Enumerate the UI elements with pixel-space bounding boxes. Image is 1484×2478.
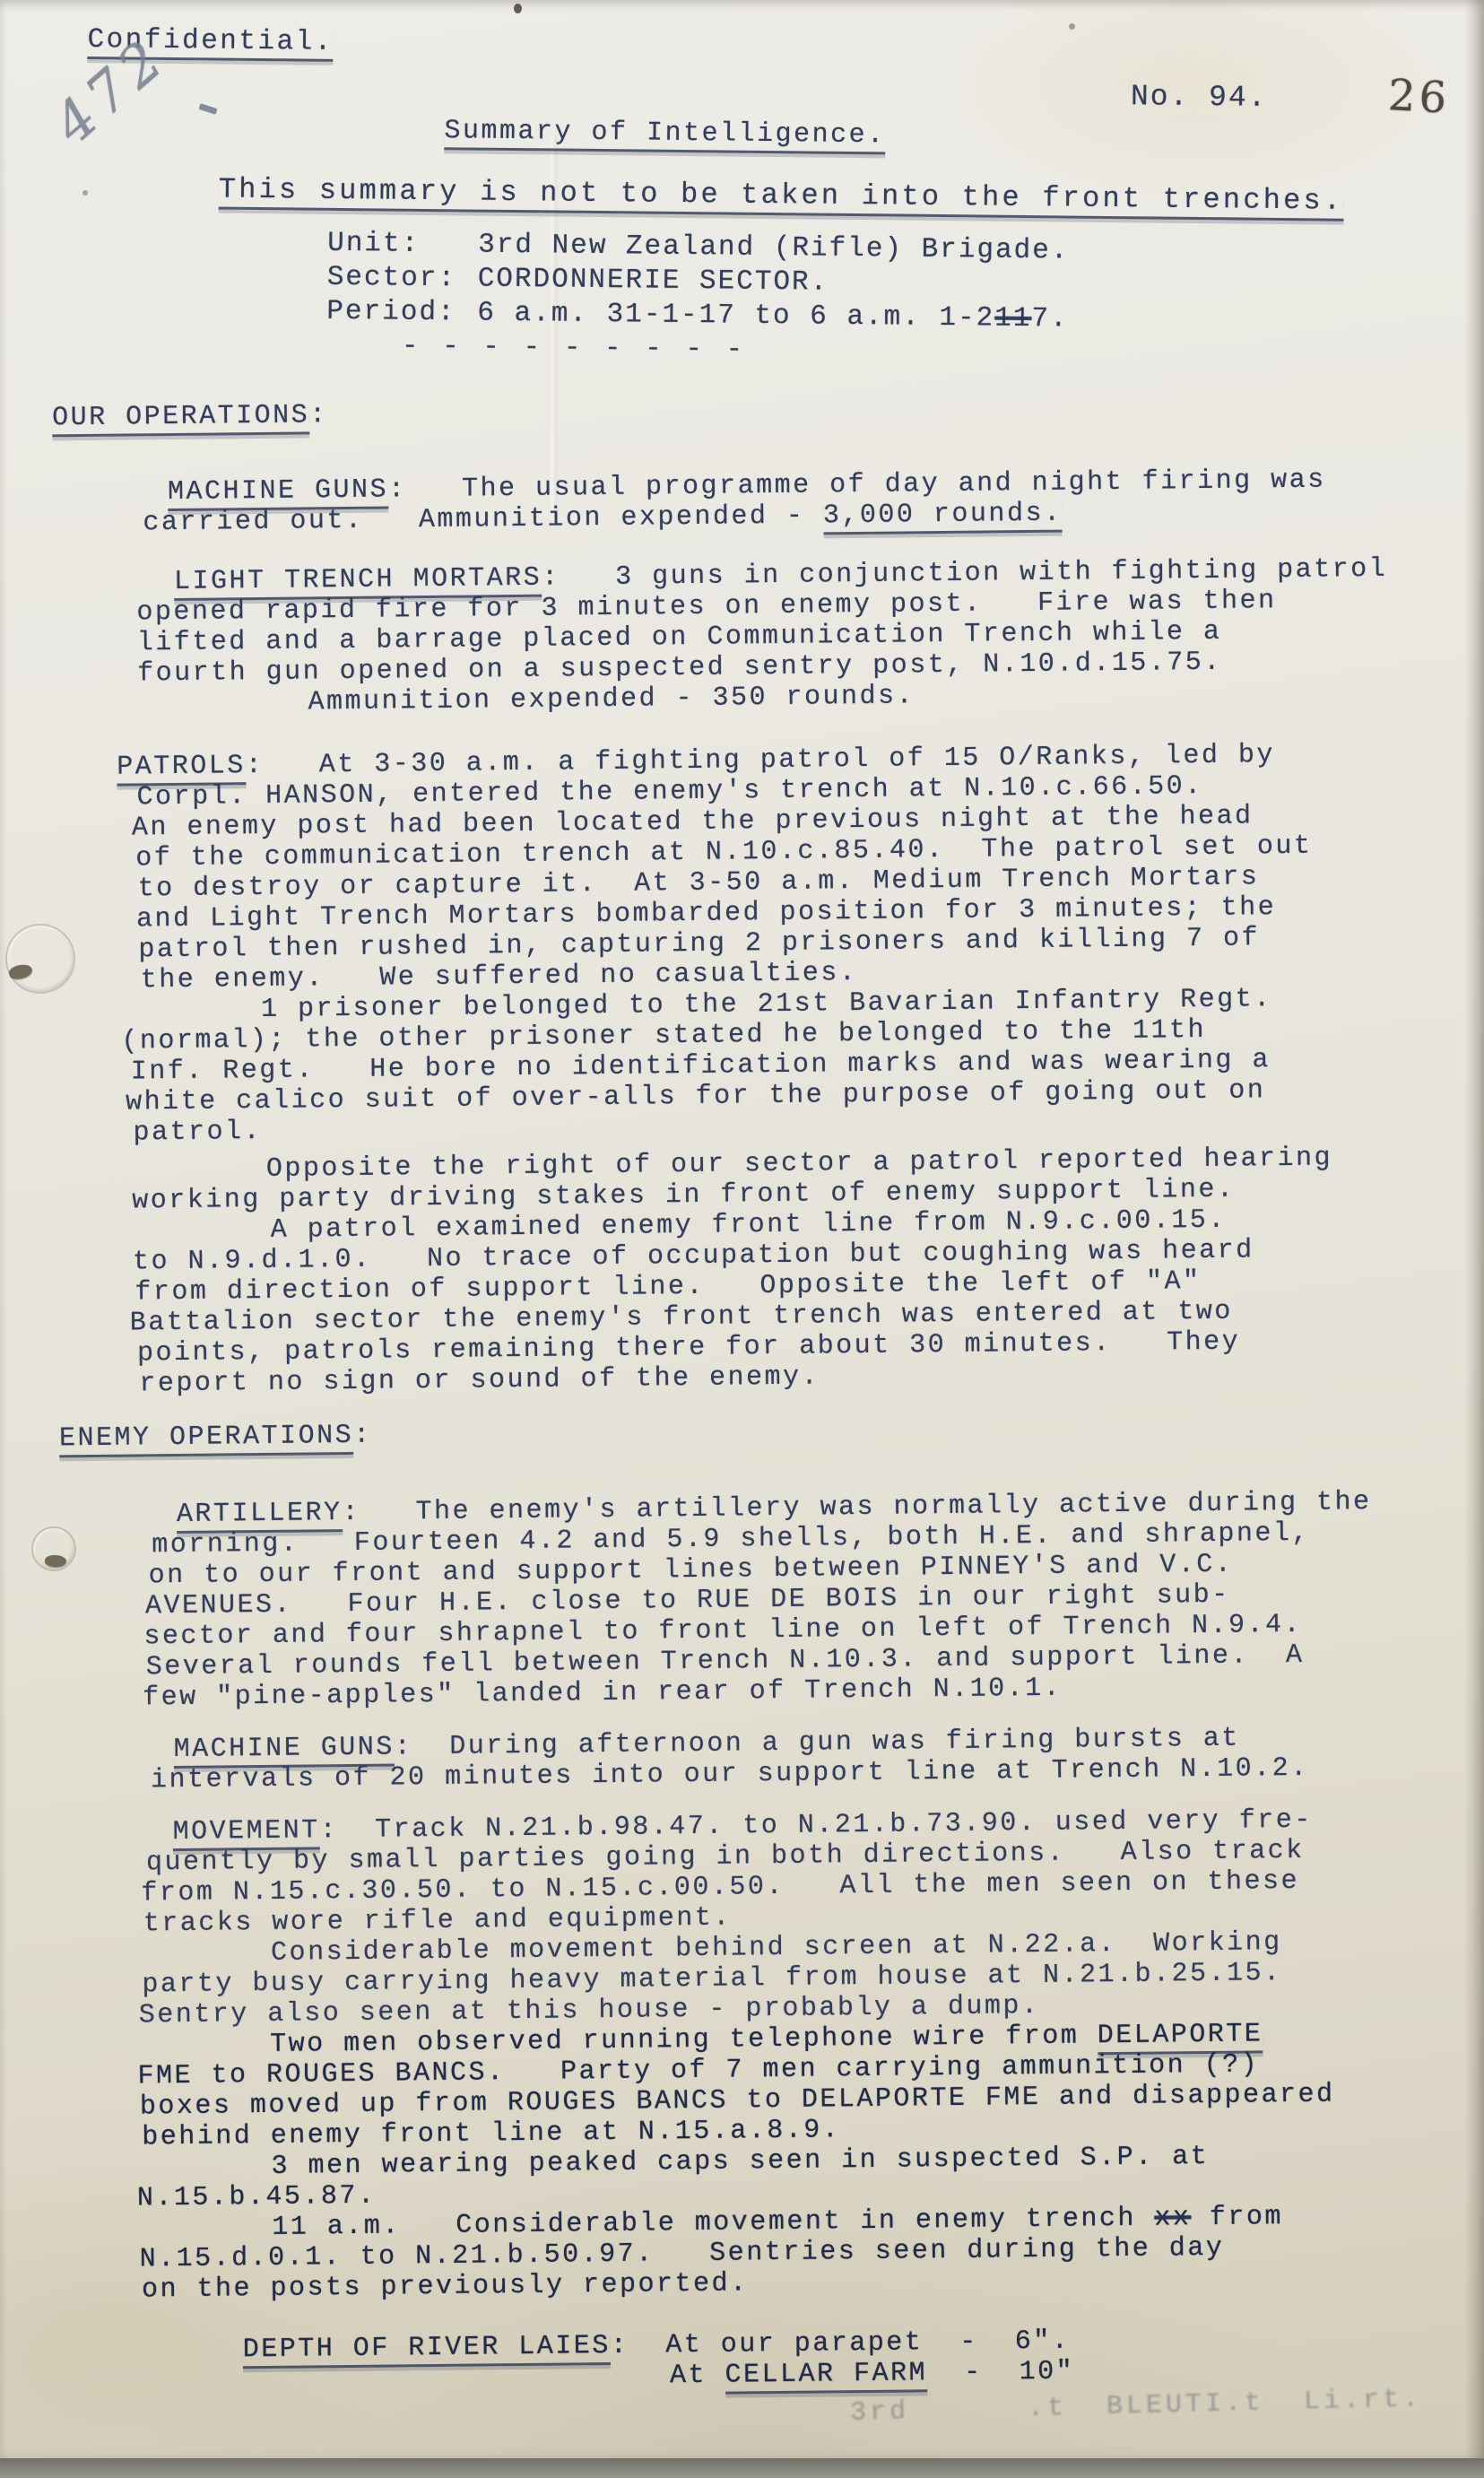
text-segment: 6 a.m. 31-1-17 to 6 a.m. 1-2 [477, 298, 994, 335]
underlined-text: 3,000 rounds. [823, 499, 1063, 535]
underlined-text: ENEMY OPERATIONS [59, 1421, 353, 1457]
text-segment: Ammunition expended - 350 rounds. [308, 681, 915, 717]
text-segment: carried out. Ammunition expended - [143, 500, 823, 538]
meta-rows: Unit:3rd New Zealand (Rifle) Brigade.Sec… [326, 228, 1069, 338]
paper-speck [1069, 23, 1075, 30]
struck-text: 11 [994, 303, 1032, 335]
meta-label: Unit: [327, 228, 478, 264]
text-segment: on the posts previously reported. [142, 2268, 749, 2305]
text-segment: 3rd New Zealand (Rifle) Brigade. [478, 230, 1070, 267]
page-right-edge-shadow [1464, 0, 1484, 2458]
text-segment: report no sign or sound of the enemy. [139, 1361, 820, 1399]
text-segment: 7. [1031, 303, 1069, 335]
text-segment: patrol. [133, 1117, 262, 1149]
text-segment: - 10" [927, 2357, 1074, 2389]
paper-speck [82, 190, 88, 196]
dash-separator: - - - - - - - - - [402, 331, 747, 366]
text-segment: CORDONNERIE SECTOR. [478, 264, 829, 299]
struck-text: xx [1154, 2203, 1191, 2233]
meta-label: Period: [326, 296, 477, 332]
meta-block: Unit:3rd New Zealand (Rifle) Brigade.Sec… [326, 228, 1069, 338]
text-segment: : [353, 1421, 372, 1451]
meta-label: Sector: [327, 262, 478, 298]
document-body: OUR OPERATIONS:MACHINE GUNS: The usual p… [0, 388, 1484, 2398]
underlined-text: OUR OPERATIONS [52, 400, 309, 437]
document-photo: Confidential. No. 94. Summary of Intelli… [0, 0, 1484, 2478]
text-segment: : [309, 400, 328, 430]
page-title: Summary of Intelligence. [444, 116, 885, 151]
text-segment: N.15.b.45.87. [137, 2181, 377, 2214]
text-segment: At [670, 2361, 725, 2392]
underlined-text: DEPTH OF RIVER LAIES [243, 2331, 611, 2369]
section-heading-enemy-operations: ENEMY OPERATIONS: [59, 1409, 1484, 1455]
page-bottom-edge [0, 2458, 1484, 2478]
meta-value: CORDONNERIE SECTOR. [478, 264, 829, 301]
text-segment: from [1191, 2202, 1283, 2233]
paper-speck [514, 4, 522, 13]
underlined-text: CELLAR FARM [725, 2358, 927, 2394]
handwritten-page-number: 26 [1387, 70, 1452, 124]
document-number: No. 94. [1131, 80, 1268, 115]
text-segment: : At our parapet - 6". [611, 2326, 1071, 2361]
